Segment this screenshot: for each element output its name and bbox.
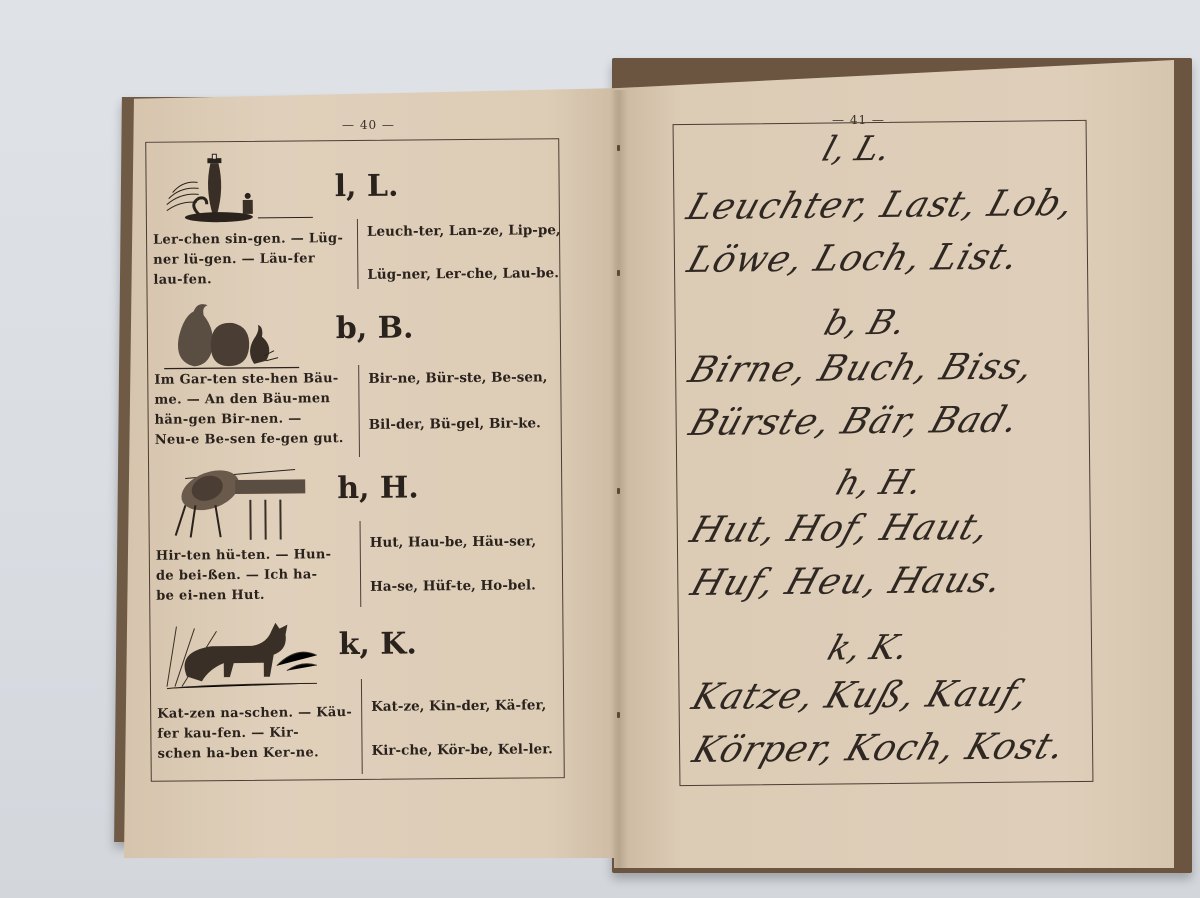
script-line: Katze, Kuß, Kauf,	[687, 673, 1034, 718]
word-line: Kat-ze, Kin-der, Kä-fer,	[371, 697, 546, 715]
binding-stitch	[617, 145, 620, 151]
right-page-frame: l, L. Leuchter, Last, Lob, Löwe, Loch, L…	[673, 120, 1094, 786]
section-b: b, B. Im Gar-ten ste-hen Bäu- me. — An d…	[148, 291, 561, 465]
script-heading: k, K.	[823, 628, 914, 669]
section-k: k, K. Kat-zen na-schen. — Käu- fer kau-f…	[150, 609, 563, 778]
example-sentences: Im Gar-ten ste-hen Bäu- me. — An den Bäu…	[154, 369, 353, 451]
book-gutter	[610, 90, 628, 870]
script-line: Birne, Buch, Biss,	[684, 346, 1040, 391]
script-heading: b, B.	[819, 303, 911, 344]
sentence-line: Hir-ten hü-ten. — Hun-	[156, 545, 354, 567]
word-list: Hut, Hau-be, Häu-ser, Ha-se, Hüf-te, Ho-…	[370, 519, 557, 607]
sentence-line: fer kau-fen. — Kir-	[157, 723, 355, 745]
column-divider	[360, 521, 362, 607]
example-sentences: Hir-ten hü-ten. — Hun- de bei-ßen. — Ich…	[156, 545, 355, 607]
word-line: Ha-se, Hüf-te, Ho-bel.	[370, 577, 536, 594]
column-divider	[358, 365, 360, 457]
sentence-line: Kat-zen na-schen. — Käu-	[157, 703, 355, 725]
word-line: Bir-ne, Bür-ste, Be-sen,	[368, 369, 547, 387]
hat-illustration	[155, 459, 326, 540]
word-line: Kir-che, Kör-be, Kel-ler.	[371, 741, 552, 759]
pears-illustration	[154, 295, 325, 376]
example-sentences: Ler-chen sin-gen. — Lüg- ner lü-gen. — L…	[153, 229, 352, 291]
section-letter: l, L.	[334, 169, 398, 205]
binding-stitch	[617, 712, 620, 718]
sentence-line: Ler-chen sin-gen. — Lüg-	[153, 229, 351, 251]
word-list: Kat-ze, Kin-der, Kä-fer, Kir-che, Kör-be…	[371, 677, 558, 774]
section-letter: h, H.	[337, 470, 419, 506]
sentence-line: ner lü-gen. — Läu-fer	[153, 249, 351, 271]
word-list: Bir-ne, Bür-ste, Be-sen, Bil-der, Bü-gel…	[368, 363, 555, 457]
column-divider	[361, 679, 363, 774]
sentence-line: de bei-ßen. — Ich ha-	[156, 565, 354, 587]
script-line: Löwe, Loch, List.	[683, 237, 1025, 282]
cat-illustration	[156, 615, 327, 696]
script-line: Leuchter, Last, Lob,	[682, 183, 1080, 228]
word-line: Hut, Hau-be, Häu-ser,	[370, 533, 537, 550]
script-line: Bürste, Bär, Bad.	[684, 400, 1024, 445]
word-line: Leuch-ter, Lan-ze, Lip-pe,	[367, 222, 561, 240]
sentence-line: Im Gar-ten ste-hen Bäu-	[154, 369, 352, 391]
script-line: Huf, Heu, Haus.	[686, 560, 1008, 604]
open-book: — 40 — l, L. Ler-chen sin-gen. — Lüg-	[0, 0, 1200, 898]
section-letter: k, K.	[338, 626, 417, 662]
script-line: Hut, Hof, Haut,	[685, 507, 995, 551]
script-line: Körper, Koch, Kost.	[688, 726, 1071, 771]
example-sentences: Kat-zen na-schen. — Käu- fer kau-fen. — …	[157, 703, 356, 765]
section-l: l, L. Ler-chen sin-gen. — Lüg- ner lü-ge…	[146, 147, 559, 291]
section-letter: b, B.	[336, 310, 414, 346]
script-heading: h, H.	[831, 463, 928, 504]
column-divider	[357, 219, 359, 289]
binding-stitch	[617, 488, 620, 494]
binding-stitch	[617, 270, 620, 276]
sentence-line: Neu-e Be-sen fe-gen gut.	[155, 429, 353, 451]
candlestick-illustration	[152, 151, 323, 232]
sentence-line: me. — An den Bäu-men	[154, 389, 352, 411]
sentence-line: hän-gen Bir-nen. —	[155, 409, 353, 431]
script-heading: l, L.	[818, 129, 896, 170]
section-h: h, H. Hir-ten hü-ten. — Hun- de bei-ßen.…	[149, 457, 562, 611]
sentence-line: be ei-nen Hut.	[156, 585, 354, 607]
left-page-frame: l, L. Ler-chen sin-gen. — Lüg- ner lü-ge…	[145, 138, 565, 782]
word-line: Bil-der, Bü-gel, Bir-ke.	[369, 415, 541, 433]
sentence-line: schen ha-ben Ker-ne.	[157, 743, 355, 765]
page-number-left: — 40 —	[342, 118, 395, 132]
word-line: Lüg-ner, Ler-che, Lau-be.	[367, 265, 559, 283]
sentence-line: lau-fen.	[153, 269, 351, 291]
word-list: Leuch-ter, Lan-ze, Lip-pe, Lüg-ner, Ler-…	[367, 217, 554, 289]
